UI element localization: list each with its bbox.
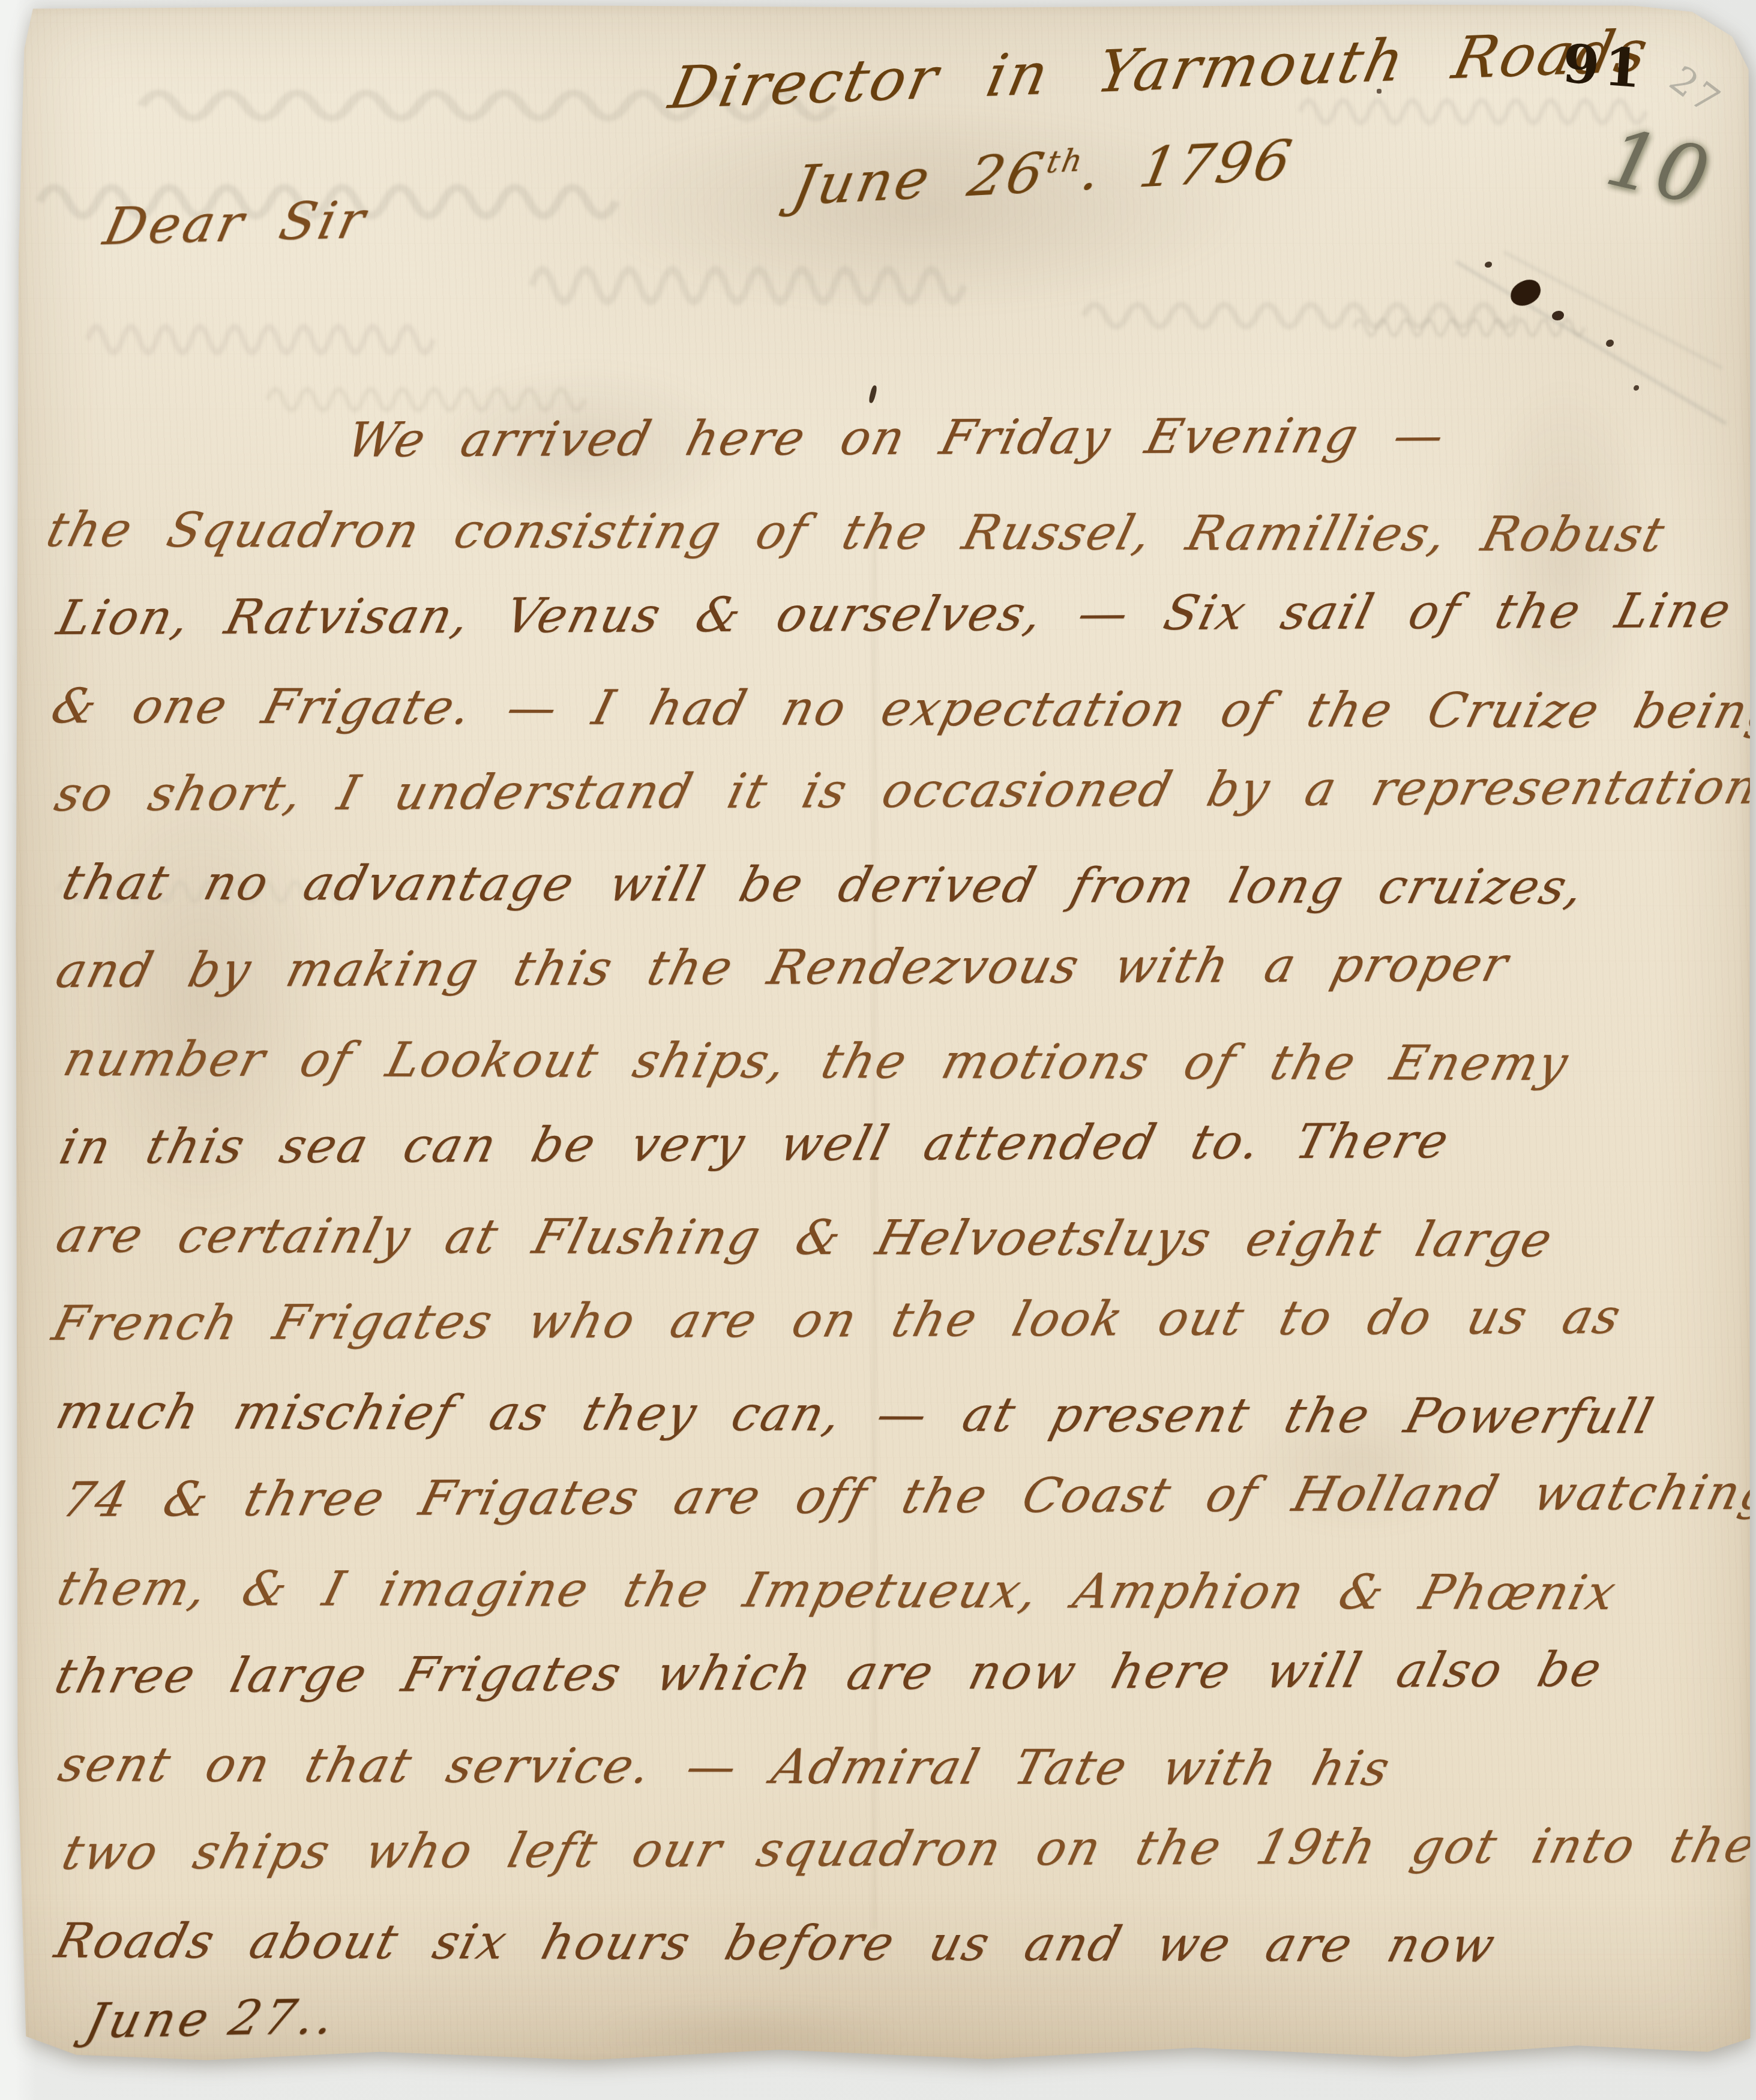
body-line: French Frigates who are on the look out … bbox=[43, 1272, 1756, 1367]
body-line: We arrived here on Friday Evening — bbox=[37, 390, 1756, 485]
body-line: them, & I imagine the Impetueux, Amphion… bbox=[48, 1544, 1756, 1637]
ink-blot bbox=[1507, 277, 1544, 309]
header-place-line: Director in Yarmouth Roads bbox=[664, 17, 1656, 122]
body-line: and by making this the Rendezvous with a… bbox=[47, 919, 1756, 1015]
body-line: the Squadron consisting of the Russel, R… bbox=[37, 485, 1756, 579]
letter-body: We arrived here on Friday Evening — the … bbox=[37, 397, 1737, 1985]
body-line: are certainly at Flushing & Helvoetsluys… bbox=[47, 1191, 1756, 1285]
annotation-pencil-number: 27 bbox=[1662, 57, 1730, 124]
body-line: that no advantage will be derived from l… bbox=[53, 838, 1756, 932]
body-line: & one Frigate. — I had no expectation of… bbox=[42, 662, 1756, 755]
annotation-ink-folio-number: 91 bbox=[1561, 32, 1648, 100]
ink-blot bbox=[1552, 311, 1564, 320]
salutation: Dear Sir bbox=[98, 190, 373, 257]
ink-blot bbox=[1485, 262, 1492, 268]
header-date-year: . 1796 bbox=[1076, 128, 1299, 203]
body-line: Roads about six hours before us and we a… bbox=[46, 1897, 1756, 1990]
body-line: so short, I understand it is occasioned … bbox=[46, 743, 1756, 838]
scan-background: { "document": { "kind": "Handwritten man… bbox=[0, 0, 1756, 2100]
pencil-scribble bbox=[1504, 252, 1722, 368]
letter-paper: Director in Yarmouth Roads June 26th. 17… bbox=[16, 4, 1751, 2065]
ink-blot bbox=[1606, 340, 1614, 347]
annotation-graphite-number: 10 bbox=[1598, 111, 1717, 224]
body-line: three large Frigates which are now here … bbox=[46, 1625, 1756, 1720]
body-line: number of Lookout ships, the motions of … bbox=[54, 1015, 1756, 1108]
body-line: 74 & three Frigates are off the Coast of… bbox=[53, 1448, 1756, 1544]
header-date-line: June 26th. 1796 bbox=[787, 128, 1299, 218]
footer-date-note: June 27.. bbox=[80, 1989, 343, 2049]
body-line: Lion, Ratvisan, Venus & ourselves, — Six… bbox=[48, 566, 1756, 662]
body-line: sent on that service. — Admiral Tate wit… bbox=[49, 1720, 1756, 1814]
header-date-day: June 26 bbox=[787, 140, 1051, 218]
paper-stain bbox=[520, 1984, 976, 2092]
body-line: in this sea can be very well attended to… bbox=[50, 1096, 1756, 1191]
body-line: much mischief as they can, — at present … bbox=[47, 1367, 1756, 1461]
body-line: two ships who left our squadron on the 1… bbox=[53, 1801, 1756, 1897]
ink-speck bbox=[1377, 89, 1382, 94]
